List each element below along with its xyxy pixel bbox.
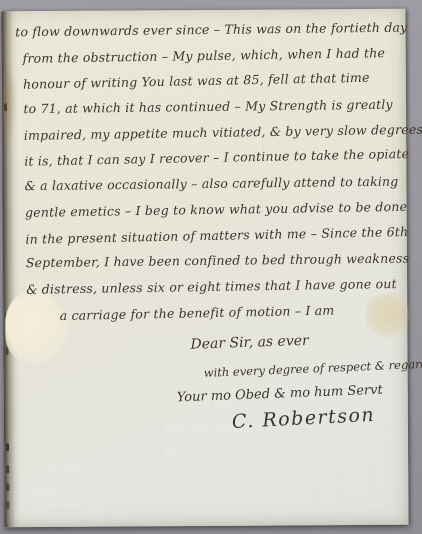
letter-closing: Dear Sir, as ever with every degree of r…	[1, 9, 405, 11]
binding-stitch-marks	[4, 103, 7, 111]
signature: C. Robertson	[231, 404, 375, 433]
letter-line: September, I have been confined to bed t…	[26, 246, 401, 276]
closing-salutation: Dear Sir, as ever	[190, 333, 309, 353]
letter-body: to flow downwards ever since – This was …	[15, 14, 402, 328]
letter-paper: to flow downwards ever since – This was …	[1, 9, 408, 527]
closing-servant-line: Your mo Obed & mo hum Servt	[177, 383, 383, 406]
letter-line: & a laxative occasionally – also careful…	[24, 169, 399, 199]
letter-line: to 71, at which it has continued – My St…	[23, 92, 398, 122]
letter-line: to flow downwards ever since – This was …	[15, 15, 397, 45]
closing-respect-line: with every degree of respect & regard	[203, 357, 422, 380]
photo-background: to flow downwards ever since – This was …	[0, 0, 422, 534]
